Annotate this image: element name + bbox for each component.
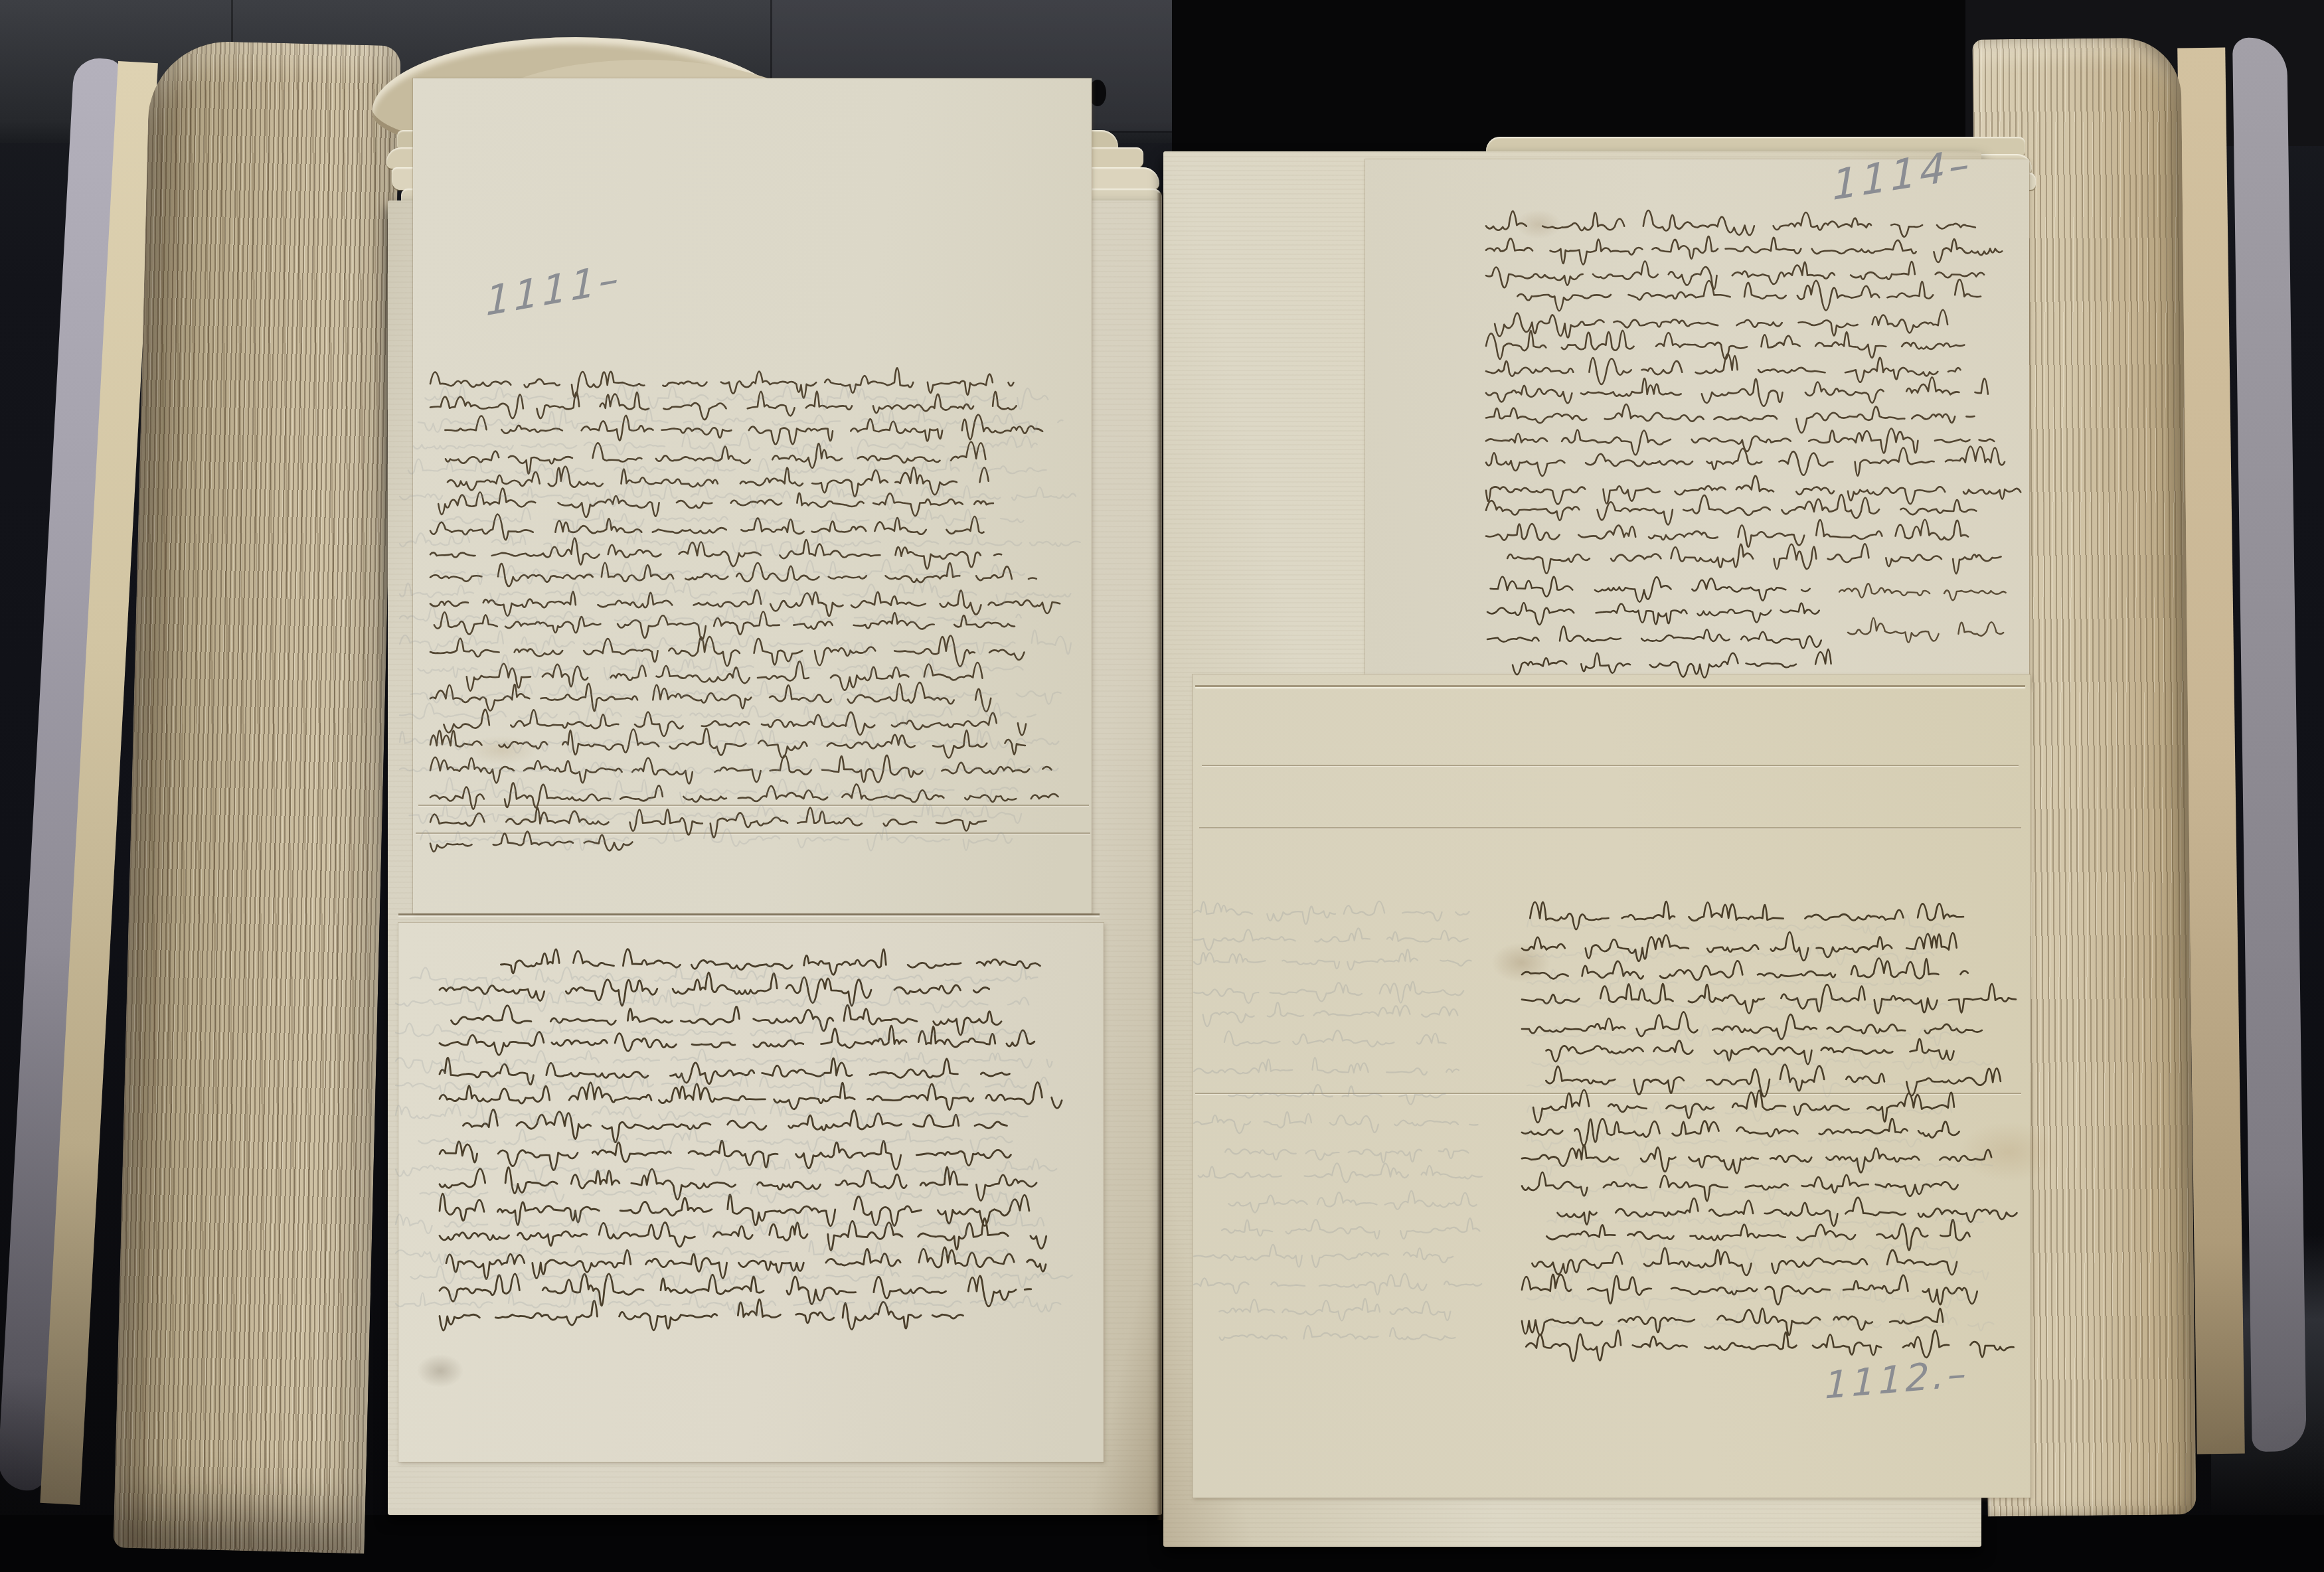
handwriting-block-right-top-letter xyxy=(1486,210,2021,574)
handwriting-block-right-bottom-letter xyxy=(1522,902,2017,1361)
handwriting-block-left-top-letter xyxy=(430,368,1060,852)
handwriting-block-showthrough-right-margin xyxy=(1194,902,1482,1340)
handwriting-block-showthrough-right-bottom xyxy=(1527,915,1994,1332)
manuscript-photo: 1111– 1114– 1112.– xyxy=(0,0,2324,1572)
handwriting-block-showthrough-left-top xyxy=(400,384,1080,850)
handwriting-block-right-top-signature xyxy=(1839,584,2006,643)
handwriting-ink-layer xyxy=(0,0,2324,1572)
handwriting-block-right-top-left-column xyxy=(1487,577,1831,678)
